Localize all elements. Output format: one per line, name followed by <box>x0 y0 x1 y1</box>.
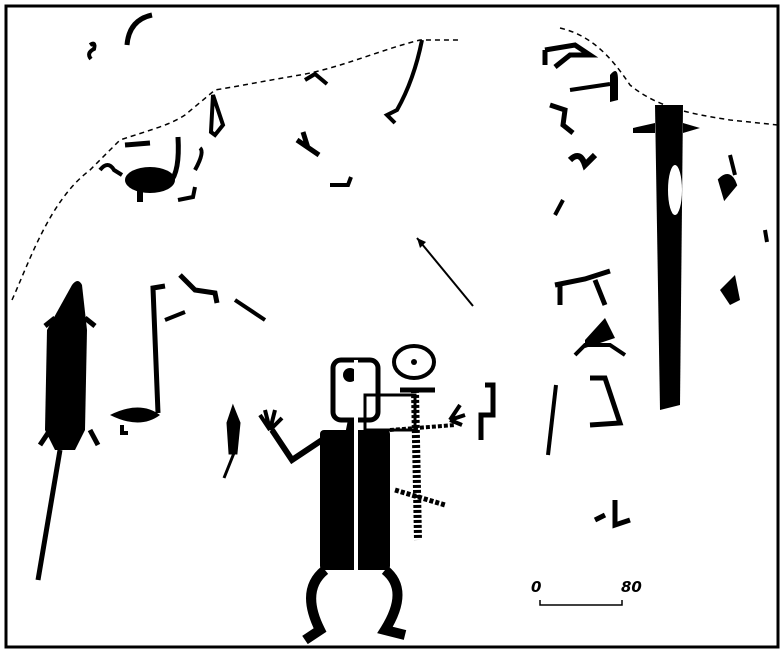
scale-min-label: 0 <box>531 578 541 596</box>
rock-contour-line <box>12 40 460 300</box>
small-figure <box>297 132 319 155</box>
bird-figure <box>100 95 223 202</box>
small-sign <box>89 44 94 59</box>
small-figure <box>330 177 351 185</box>
petroglyph-drawing <box>0 0 784 652</box>
scale-bar <box>540 600 622 605</box>
fish-figure <box>224 408 239 478</box>
small-sign <box>127 15 152 45</box>
stele-figure <box>633 105 700 410</box>
sun-disc-figure <box>394 346 434 378</box>
animal-group-figure <box>481 45 767 525</box>
scale-max-label: 80 <box>621 578 642 596</box>
lizard-figure <box>38 281 98 580</box>
small-sign <box>305 74 327 84</box>
small-sign <box>387 40 422 123</box>
long-neck-bird-figure <box>110 275 265 433</box>
anthropomorph-figure <box>260 360 405 640</box>
arrow-figure <box>417 238 473 306</box>
